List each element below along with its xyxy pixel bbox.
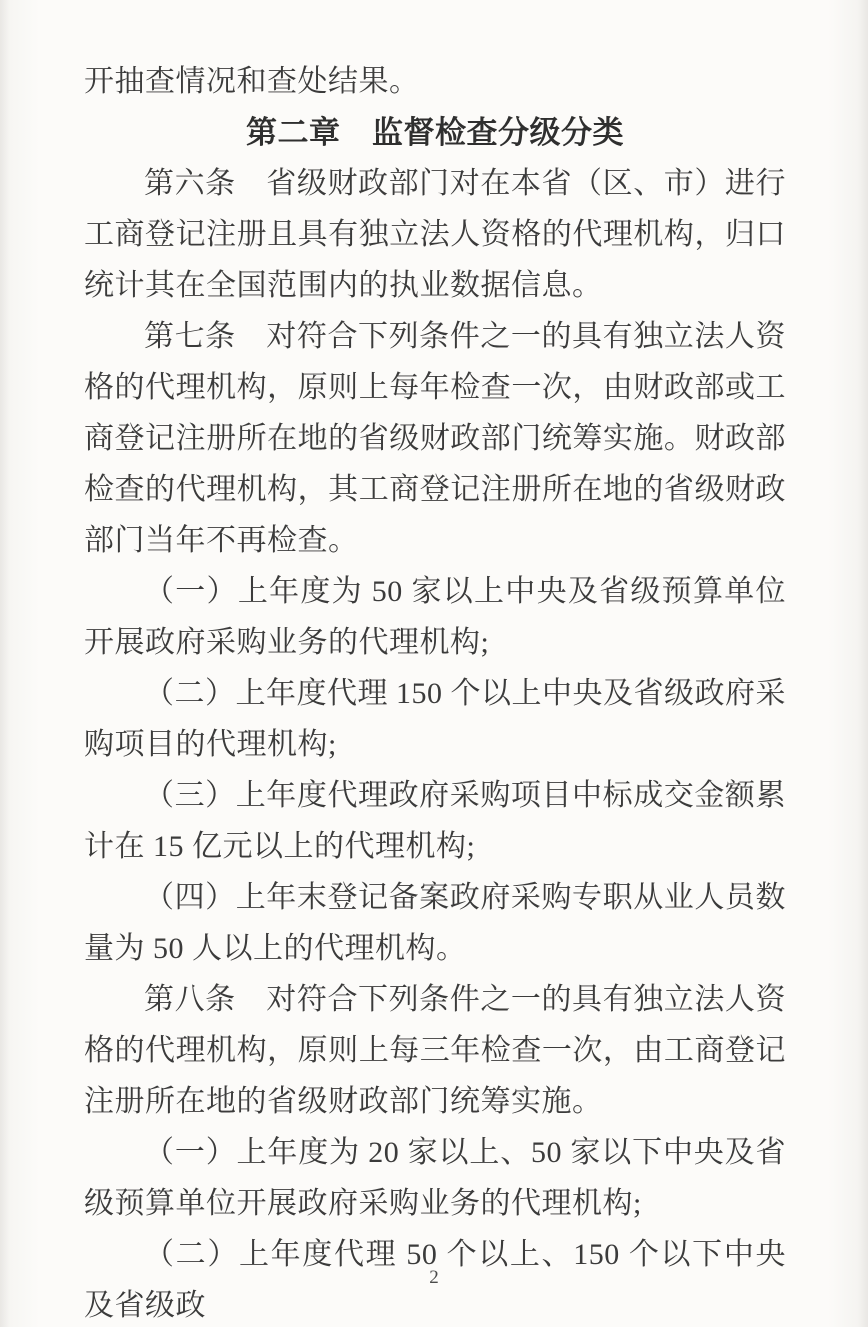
paragraph-continuation: 开抽查情况和查处结果。: [84, 56, 786, 107]
document-body: 开抽查情况和查处结果。第二章 监督检查分级分类第六条 省级财政部门对在本省（区、…: [84, 56, 786, 1327]
chapter-heading: 第二章 监督检查分级分类: [84, 107, 786, 158]
article-7-item-4: （四）上年末登记备案政府采购专职从业人员数量为 50 人以上的代理机构。: [84, 872, 786, 974]
article-7: 第七条 对符合下列条件之一的具有独立法人资格的代理机构，原则上每年检查一次，由财…: [84, 311, 786, 566]
page-number: 2: [429, 1267, 439, 1288]
article-7-item-1: （一）上年度为 50 家以上中央及省级预算单位开展政府采购业务的代理机构;: [84, 566, 786, 668]
article-6: 第六条 省级财政部门对在本省（区、市）进行工商登记注册且具有独立法人资格的代理机…: [84, 158, 786, 311]
document-page: 开抽查情况和查处结果。第二章 监督检查分级分类第六条 省级财政部门对在本省（区、…: [0, 0, 868, 1327]
article-8-item-1: （一）上年度为 20 家以上、50 家以下中央及省级预算单位开展政府采购业务的代…: [84, 1127, 786, 1229]
article-8: 第八条 对符合下列条件之一的具有独立法人资格的代理机构，原则上每三年检查一次，由…: [84, 974, 786, 1127]
article-7-item-2: （二）上年度代理 150 个以上中央及省级政府采购项目的代理机构;: [84, 668, 786, 770]
page-footer: 2: [0, 1267, 868, 1327]
article-7-item-3: （三）上年度代理政府采购项目中标成交金额累计在 15 亿元以上的代理机构;: [84, 770, 786, 872]
